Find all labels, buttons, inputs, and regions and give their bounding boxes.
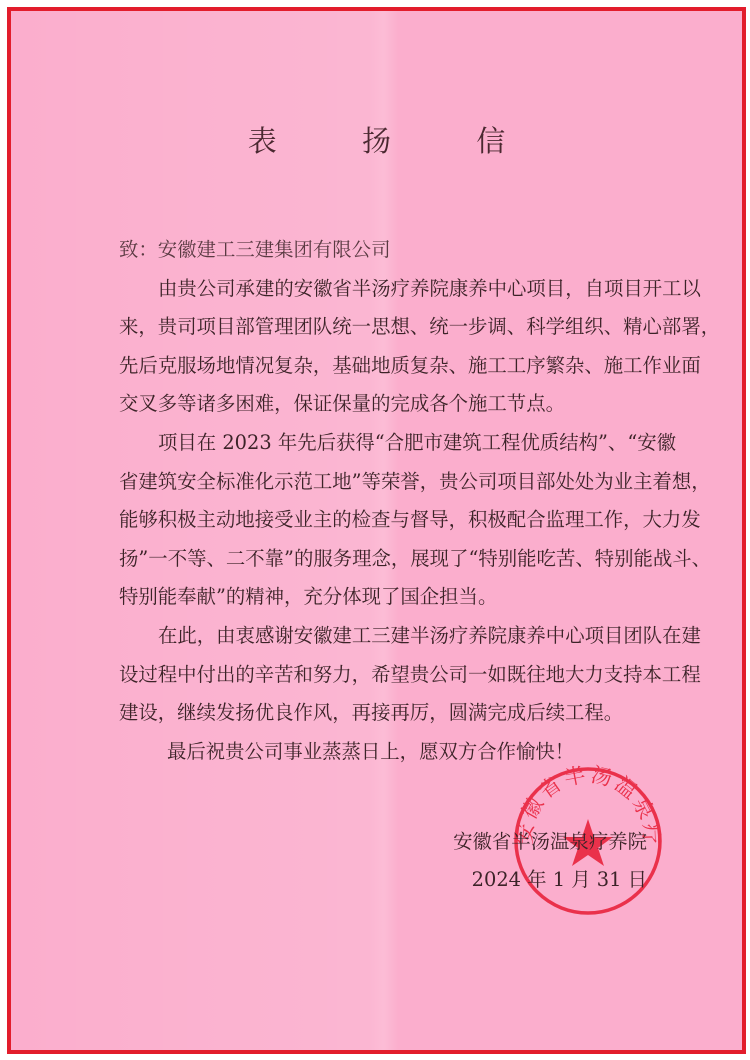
paragraph-2: 项目在 2023 年先后获得“合肥市建筑工程优质结构”、“安徽 省建筑安全标准化… <box>119 424 651 617</box>
salutation: 致：安徽建工三建集团有限公司 <box>119 231 651 270</box>
paragraph-line: 在此，由衷感谢安徽建工三建半汤疗养院康养中心项目团队在建 <box>119 617 651 656</box>
paragraph-line: 能够积极主动地接受业主的检查与督导，积极配合监理工作，大力发 <box>119 501 651 540</box>
paragraph-line: 由贵公司承建的安徽省半汤疗养院康养中心项目，自项目开工以 <box>119 270 651 309</box>
paragraph-line: 交叉多等诸多困难，保证保量的完成各个施工节点。 <box>119 385 651 424</box>
paragraph-line: 设过程中付出的辛苦和努力，希望贵公司一如既往地大力支持本工程 <box>119 656 651 695</box>
paragraph-3: 在此，由衷感谢安徽建工三建半汤疗养院康养中心项目团队在建 设过程中付出的辛苦和努… <box>119 617 651 733</box>
paragraph-line: 建设，继续发扬优良作风，再接再厉，圆满完成后续工程。 <box>119 694 651 733</box>
paragraph-line: 来，贵司项目部管理团队统一思想、统一步调、科学组织、精心部署， <box>119 308 651 347</box>
paragraph-line: 特别能奉献”的精神，充分体现了国企担当。 <box>119 578 651 617</box>
paragraph-line: 省建筑安全标准化示范工地”等荣誉，贵公司项目部处处为业主着想， <box>119 463 651 502</box>
signature-block: 安徽省半汤温泉疗养院 2024 年 1 月 31 日 <box>453 823 647 899</box>
paragraph-line: 先后克服场地情况复杂，基础地质复杂、施工工序繁杂、施工作业面 <box>119 347 651 386</box>
document-frame: 表 扬 信 致：安徽建工三建集团有限公司 由贵公司承建的安徽省半汤疗养院康养中心… <box>7 7 746 1054</box>
signature-date: 2024 年 1 月 31 日 <box>453 861 647 899</box>
paragraph-line: 扬”一不等、二不靠”的服务理念，展现了“特别能吃苦、特别能战斗、 <box>119 540 651 579</box>
paragraph-line: 项目在 2023 年先后获得“合肥市建筑工程优质结构”、“安徽 <box>119 424 651 463</box>
closing-line: 最后祝贵公司事业蒸蒸日上，愿双方合作愉快！ <box>119 733 651 772</box>
signature-organization: 安徽省半汤温泉疗养院 <box>453 823 647 861</box>
document-title: 表 扬 信 <box>11 121 742 161</box>
paragraph-1: 由贵公司承建的安徽省半汤疗养院康养中心项目，自项目开工以 来，贵司项目部管理团队… <box>119 270 651 424</box>
letter-body: 致：安徽建工三建集团有限公司 由贵公司承建的安徽省半汤疗养院康养中心项目，自项目… <box>119 231 651 771</box>
